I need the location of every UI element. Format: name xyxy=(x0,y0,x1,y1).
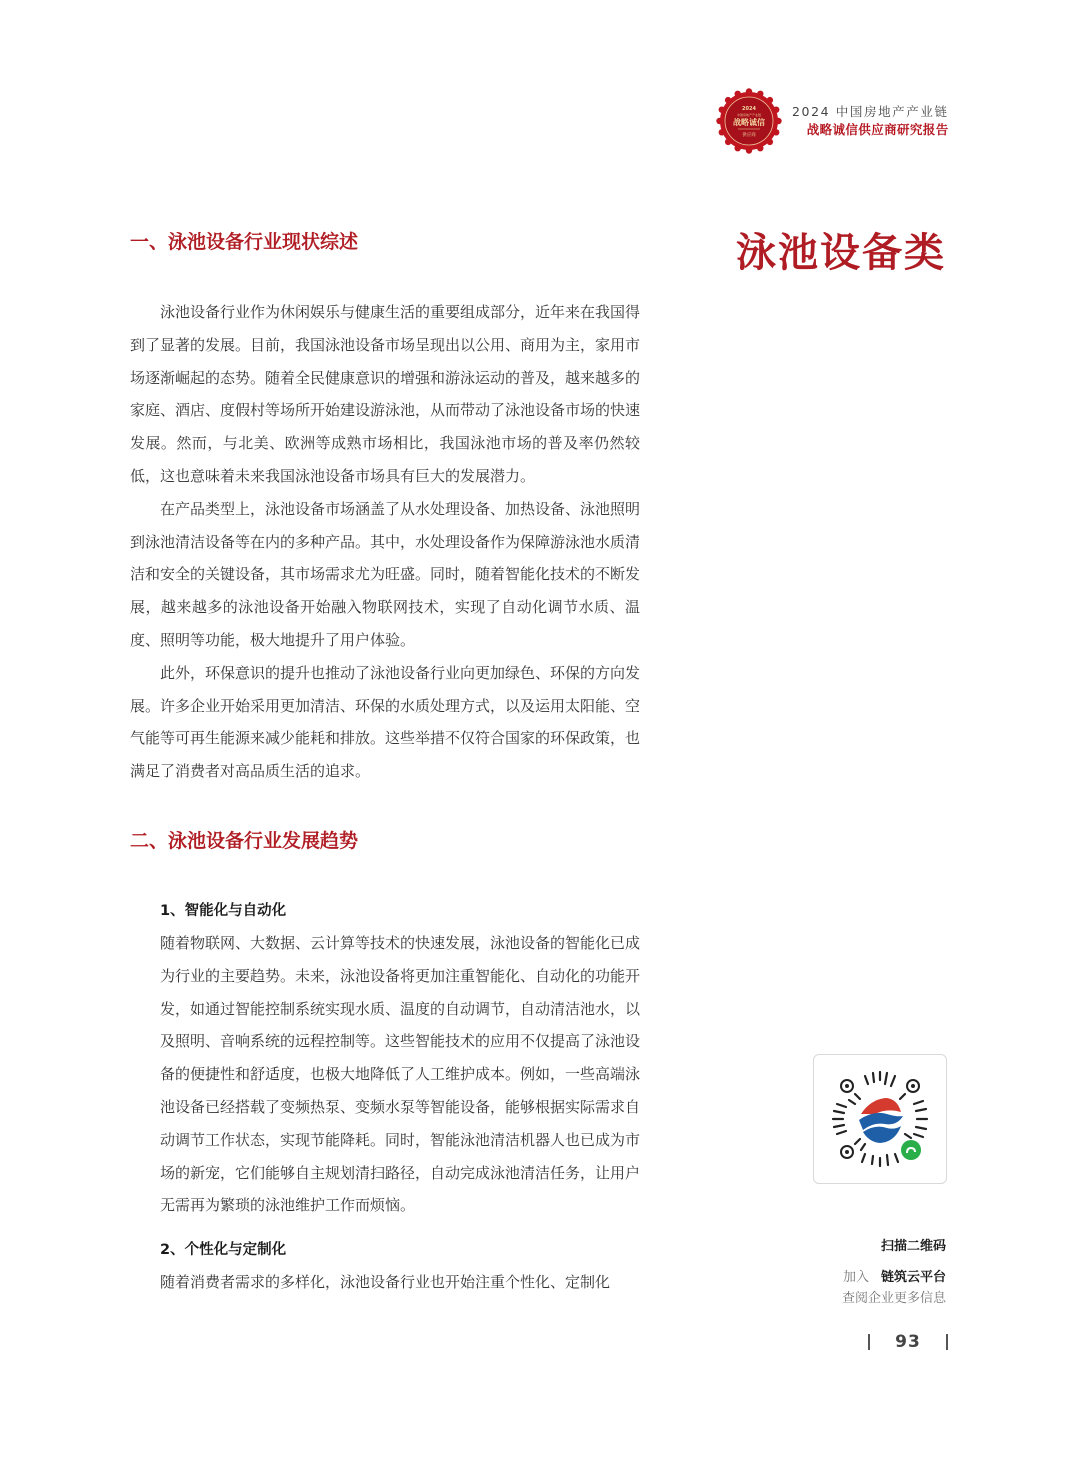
qr-code[interactable] xyxy=(813,1054,947,1184)
page-divider-right xyxy=(946,1334,948,1350)
report-title: 2024 中国房地产产业链 战略诚信供应商研究报告 xyxy=(792,103,949,139)
report-title-line1: 2024 中国房地产产业链 xyxy=(792,103,949,121)
badge-main-text: 战略诚信 xyxy=(733,117,765,127)
qr-more-info: 查阅企业更多信息 xyxy=(842,1288,946,1309)
mini-program-qr-code-icon xyxy=(825,1064,935,1174)
qr-join-prefix: 加入 xyxy=(843,1270,869,1285)
paragraph: 此外，环保意识的提升也推动了泳池设备行业向更加绿色、环保的方向发展。许多企业开始… xyxy=(130,657,640,788)
integrity-seal-badge-icon: 2024 中国房地产产业链 战略诚信 供应商 xyxy=(716,88,782,154)
sub-heading-customization: 2、个性化与定制化 xyxy=(130,1234,640,1266)
badge-year: 2024 xyxy=(742,106,756,112)
paragraph: 随着物联网、大数据、云计算等技术的快速发展，泳池设备的智能化已成为行业的主要趋势… xyxy=(130,927,640,1222)
article-body: 一、泳池设备行业现状综述 泳池设备行业作为休闲娱乐与健康生活的重要组成部分，近年… xyxy=(130,226,640,1299)
report-header: 2024 中国房地产产业链 战略诚信 供应商 2024 中国房地产产业链 战略诚… xyxy=(716,88,949,154)
qr-platform-name: 链筑云平台 xyxy=(881,1270,946,1285)
paragraph: 泳池设备行业作为休闲娱乐与健康生活的重要组成部分，近年来在我国得到了显著的发展。… xyxy=(130,296,640,493)
section-heading-trends: 二、泳池设备行业发展趋势 xyxy=(130,825,640,857)
category-title: 泳池设备类 xyxy=(736,226,946,280)
page-number: 93 xyxy=(868,1332,948,1352)
page-divider-left xyxy=(868,1334,870,1350)
qr-caption: 扫描二维码 加入链筑云平台 查阅企业更多信息 xyxy=(842,1236,946,1309)
qr-scan-label: 扫描二维码 xyxy=(842,1236,946,1257)
sub-heading-intelligence: 1、智能化与自动化 xyxy=(130,895,640,927)
section-heading-overview: 一、泳池设备行业现状综述 xyxy=(130,226,640,258)
page-number-text: 93 xyxy=(895,1332,921,1352)
badge-bottom-text: 供应商 xyxy=(742,131,756,138)
paragraph: 在产品类型上，泳池设备市场涵盖了从水处理设备、加热设备、泳池照明到泳池清洁设备等… xyxy=(130,493,640,657)
report-title-line2: 战略诚信供应商研究报告 xyxy=(792,121,949,139)
paragraph: 随着消费者需求的多样化，泳池设备行业也开始注重个性化、定制化 xyxy=(130,1266,640,1299)
